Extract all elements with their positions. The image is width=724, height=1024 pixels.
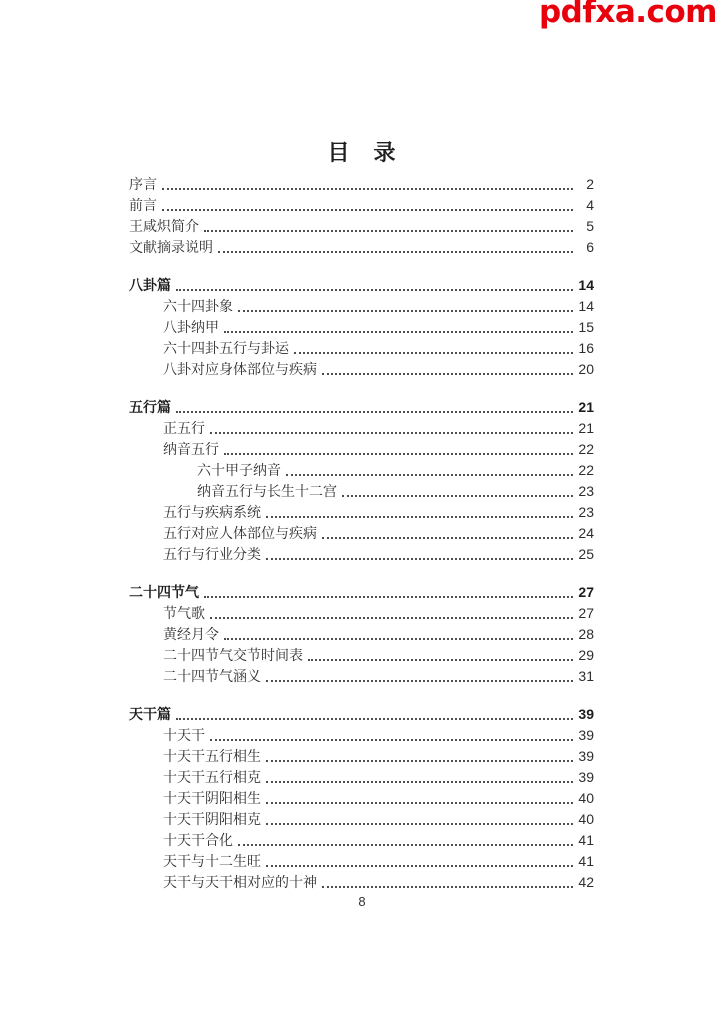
toc-group: 序言 2 前言 4 王咸炽简介 5 文献摘录说明 6 bbox=[129, 174, 594, 258]
toc-entry-label: 王咸炽简介 bbox=[129, 216, 199, 237]
toc-leader-dots bbox=[162, 209, 573, 211]
watermark-text: pdfxa.com bbox=[539, 0, 717, 30]
toc-entry-label: 天干篇 bbox=[129, 704, 171, 725]
toc-entry: 二十四节气交节时间表 29 bbox=[129, 645, 594, 666]
toc-entry-page: 15 bbox=[576, 317, 594, 338]
toc-leader-dots bbox=[224, 638, 573, 640]
toc-leader-dots bbox=[204, 230, 573, 232]
toc-entry-label: 黄经月令 bbox=[163, 624, 219, 645]
toc-entry: 文献摘录说明 6 bbox=[129, 237, 594, 258]
toc-entry: 十天干五行相克 39 bbox=[129, 767, 594, 788]
toc-entry-page: 21 bbox=[576, 397, 594, 418]
toc-entry: 六十四卦象 14 bbox=[129, 296, 594, 317]
toc-entry-page: 2 bbox=[576, 174, 594, 195]
toc-entry-label: 十天干阴阳相生 bbox=[163, 788, 261, 809]
toc-entry: 纳音五行 22 bbox=[129, 439, 594, 460]
toc-leader-dots bbox=[322, 886, 573, 888]
toc-leader-dots bbox=[210, 739, 573, 741]
toc-entry: 八卦篇 14 bbox=[129, 275, 594, 296]
toc-entry: 天干与十二生旺 41 bbox=[129, 851, 594, 872]
toc-entry-label: 六十甲子纳音 bbox=[197, 460, 281, 481]
toc-leader-dots bbox=[224, 453, 573, 455]
toc-entry-page: 39 bbox=[576, 704, 594, 725]
toc-leader-dots bbox=[266, 680, 573, 682]
toc-leader-dots bbox=[322, 537, 573, 539]
toc-entry-page: 27 bbox=[576, 603, 594, 624]
toc-entry-label: 十天干五行相生 bbox=[163, 746, 261, 767]
toc-entry: 前言 4 bbox=[129, 195, 594, 216]
toc-entry-page: 39 bbox=[576, 767, 594, 788]
toc-leader-dots bbox=[308, 659, 573, 661]
toc-leader-dots bbox=[218, 251, 573, 253]
toc-entry: 十天干合化 41 bbox=[129, 830, 594, 851]
toc-leader-dots bbox=[286, 474, 573, 476]
toc-entry-page: 41 bbox=[576, 830, 594, 851]
toc-entry: 黄经月令 28 bbox=[129, 624, 594, 645]
toc-entry: 二十四节气 27 bbox=[129, 582, 594, 603]
toc-entry-label: 二十四节气交节时间表 bbox=[163, 645, 303, 666]
toc-entry: 天干与天干相对应的十神 42 bbox=[129, 872, 594, 893]
table-of-contents: 序言 2 前言 4 王咸炽简介 5 文献摘录说明 6 八卦篇 14 六十四卦象 … bbox=[129, 174, 594, 910]
toc-entry-page: 29 bbox=[576, 645, 594, 666]
toc-leader-dots bbox=[266, 865, 573, 867]
toc-entry: 六十甲子纳音 22 bbox=[129, 460, 594, 481]
document-page: pdfxa.com 目 录 序言 2 前言 4 王咸炽简介 5 文献摘录说明 6… bbox=[0, 0, 724, 1024]
toc-entry-page: 23 bbox=[576, 481, 594, 502]
toc-entry: 正五行 21 bbox=[129, 418, 594, 439]
toc-entry: 五行与行业分类 25 bbox=[129, 544, 594, 565]
toc-entry-page: 16 bbox=[576, 338, 594, 359]
toc-entry-page: 20 bbox=[576, 359, 594, 380]
toc-entry: 天干篇 39 bbox=[129, 704, 594, 725]
toc-leader-dots bbox=[266, 802, 573, 804]
toc-entry: 八卦纳甲 15 bbox=[129, 317, 594, 338]
toc-entry-page: 27 bbox=[576, 582, 594, 603]
toc-entry-page: 21 bbox=[576, 418, 594, 439]
toc-entry: 六十四卦五行与卦运 16 bbox=[129, 338, 594, 359]
toc-entry-label: 纳音五行与长生十二宫 bbox=[197, 481, 337, 502]
toc-leader-dots bbox=[266, 781, 573, 783]
toc-leader-dots bbox=[176, 289, 573, 291]
toc-entry-page: 14 bbox=[576, 296, 594, 317]
toc-entry: 十天干五行相生 39 bbox=[129, 746, 594, 767]
toc-entry-page: 40 bbox=[576, 809, 594, 830]
toc-entry-label: 五行对应人体部位与疾病 bbox=[163, 523, 317, 544]
toc-leader-dots bbox=[176, 411, 573, 413]
toc-entry-label: 五行与疾病系统 bbox=[163, 502, 261, 523]
toc-leader-dots bbox=[224, 331, 573, 333]
toc-entry-label: 天干与十二生旺 bbox=[163, 851, 261, 872]
toc-entry-label: 序言 bbox=[129, 174, 157, 195]
toc-leader-dots bbox=[210, 432, 573, 434]
toc-entry-label: 十天干合化 bbox=[163, 830, 233, 851]
toc-entry: 十天干 39 bbox=[129, 725, 594, 746]
toc-group: 二十四节气 27 节气歌 27 黄经月令 28 二十四节气交节时间表 29 二十… bbox=[129, 582, 594, 687]
toc-entry-page: 14 bbox=[576, 275, 594, 296]
toc-entry-label: 五行与行业分类 bbox=[163, 544, 261, 565]
toc-group: 天干篇 39 十天干 39 十天干五行相生 39 十天干五行相克 39 十天干阴… bbox=[129, 704, 594, 893]
toc-leader-dots bbox=[294, 352, 573, 354]
toc-leader-dots bbox=[176, 718, 573, 720]
toc-entry-page: 31 bbox=[576, 666, 594, 687]
toc-entry: 纳音五行与长生十二宫 23 bbox=[129, 481, 594, 502]
toc-entry: 五行对应人体部位与疾病 24 bbox=[129, 523, 594, 544]
toc-entry-label: 节气歌 bbox=[163, 603, 205, 624]
toc-entry: 十天干阴阳相生 40 bbox=[129, 788, 594, 809]
toc-entry-label: 天干与天干相对应的十神 bbox=[163, 872, 317, 893]
page-number: 8 bbox=[0, 894, 724, 909]
toc-leader-dots bbox=[266, 558, 573, 560]
toc-group: 八卦篇 14 六十四卦象 14 八卦纳甲 15 六十四卦五行与卦运 16 八卦对… bbox=[129, 275, 594, 380]
toc-entry-label: 八卦篇 bbox=[129, 275, 171, 296]
toc-entry: 五行篇 21 bbox=[129, 397, 594, 418]
toc-leader-dots bbox=[238, 310, 573, 312]
toc-entry: 十天干阴阳相克 40 bbox=[129, 809, 594, 830]
toc-entry: 王咸炽简介 5 bbox=[129, 216, 594, 237]
toc-entry: 节气歌 27 bbox=[129, 603, 594, 624]
toc-entry-label: 正五行 bbox=[163, 418, 205, 439]
toc-entry-label: 纳音五行 bbox=[163, 439, 219, 460]
toc-entry-page: 25 bbox=[576, 544, 594, 565]
toc-entry-label: 八卦对应身体部位与疾病 bbox=[163, 359, 317, 380]
toc-entry-page: 41 bbox=[576, 851, 594, 872]
toc-entry-label: 十天干阴阳相克 bbox=[163, 809, 261, 830]
toc-leader-dots bbox=[342, 495, 573, 497]
toc-entry-page: 23 bbox=[576, 502, 594, 523]
toc-entry-label: 文献摘录说明 bbox=[129, 237, 213, 258]
toc-leader-dots bbox=[266, 823, 573, 825]
toc-entry-page: 24 bbox=[576, 523, 594, 544]
toc-entry-label: 前言 bbox=[129, 195, 157, 216]
toc-entry-label: 六十四卦五行与卦运 bbox=[163, 338, 289, 359]
toc-entry-page: 6 bbox=[576, 237, 594, 258]
toc-entry-label: 十天干 bbox=[163, 725, 205, 746]
toc-entry-label: 二十四节气 bbox=[129, 582, 199, 603]
toc-leader-dots bbox=[204, 596, 573, 598]
toc-entry-label: 六十四卦象 bbox=[163, 296, 233, 317]
toc-entry-label: 八卦纳甲 bbox=[163, 317, 219, 338]
toc-leader-dots bbox=[322, 373, 573, 375]
toc-leader-dots bbox=[266, 760, 573, 762]
toc-entry-page: 39 bbox=[576, 725, 594, 746]
toc-entry-label: 二十四节气涵义 bbox=[163, 666, 261, 687]
toc-entry-page: 22 bbox=[576, 460, 594, 481]
toc-entry: 八卦对应身体部位与疾病 20 bbox=[129, 359, 594, 380]
toc-entry-label: 五行篇 bbox=[129, 397, 171, 418]
toc-entry-page: 28 bbox=[576, 624, 594, 645]
toc-entry-page: 40 bbox=[576, 788, 594, 809]
toc-leader-dots bbox=[238, 844, 573, 846]
toc-entry: 五行与疾病系统 23 bbox=[129, 502, 594, 523]
toc-entry: 二十四节气涵义 31 bbox=[129, 666, 594, 687]
toc-entry-page: 22 bbox=[576, 439, 594, 460]
toc-leader-dots bbox=[266, 516, 573, 518]
toc-entry-label: 十天干五行相克 bbox=[163, 767, 261, 788]
toc-entry-page: 39 bbox=[576, 746, 594, 767]
toc-entry: 序言 2 bbox=[129, 174, 594, 195]
toc-group: 五行篇 21 正五行 21 纳音五行 22 六十甲子纳音 22 纳音五行与长生十… bbox=[129, 397, 594, 565]
toc-entry-page: 4 bbox=[576, 195, 594, 216]
toc-leader-dots bbox=[210, 617, 573, 619]
page-title: 目 录 bbox=[0, 136, 724, 167]
toc-entry-page: 42 bbox=[576, 872, 594, 893]
toc-leader-dots bbox=[162, 188, 573, 190]
toc-entry-page: 5 bbox=[576, 216, 594, 237]
